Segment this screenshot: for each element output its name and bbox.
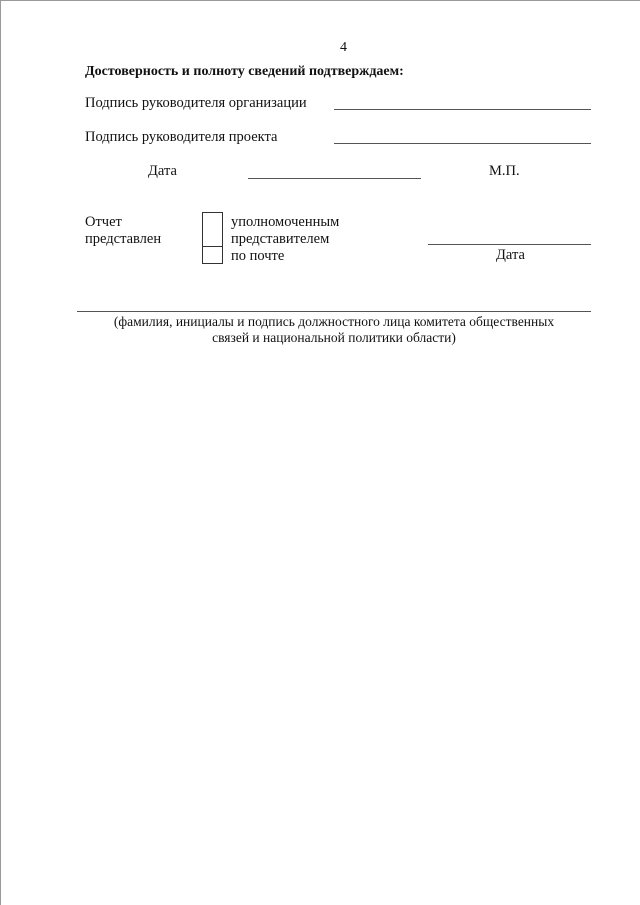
checkbox-by-mail[interactable]	[202, 246, 223, 264]
date-label: Дата	[148, 163, 177, 179]
option-authorized-representative-line1: уполномоченным	[231, 214, 339, 231]
date-field[interactable]	[248, 178, 421, 179]
confirmation-heading: Достоверность и полноту сведений подтвер…	[85, 64, 404, 80]
official-signature-note-line1: (фамилия, инициалы и подпись должностног…	[77, 314, 591, 330]
page-number: 4	[340, 40, 347, 56]
project-head-signature-field[interactable]	[334, 143, 591, 144]
option-authorized-representative-line2: представителем	[231, 231, 339, 248]
project-head-signature-label: Подпись руководителя проекта	[85, 129, 277, 145]
report-submitted-label: Отчет представлен	[85, 214, 161, 248]
official-signature-note: (фамилия, инициалы и подпись должностног…	[77, 314, 591, 346]
option-by-mail: по почте	[231, 248, 339, 265]
official-signature-field[interactable]	[77, 311, 591, 312]
submission-date-label: Дата	[496, 247, 525, 263]
organization-head-signature-label: Подпись руководителя организации	[85, 95, 307, 111]
submission-options: уполномоченным представителем по почте	[231, 214, 339, 265]
organization-head-signature-field[interactable]	[334, 109, 591, 110]
official-signature-note-line2: связей и национальной политики области)	[77, 330, 591, 346]
report-submitted-label-line1: Отчет	[85, 214, 161, 231]
report-submitted-label-line2: представлен	[85, 231, 161, 248]
document-page: 4 Достоверность и полноту сведений подтв…	[0, 0, 640, 905]
submission-date-field[interactable]	[428, 244, 591, 245]
stamp-label: М.П.	[489, 163, 520, 179]
checkbox-authorized-representative[interactable]	[202, 212, 223, 247]
